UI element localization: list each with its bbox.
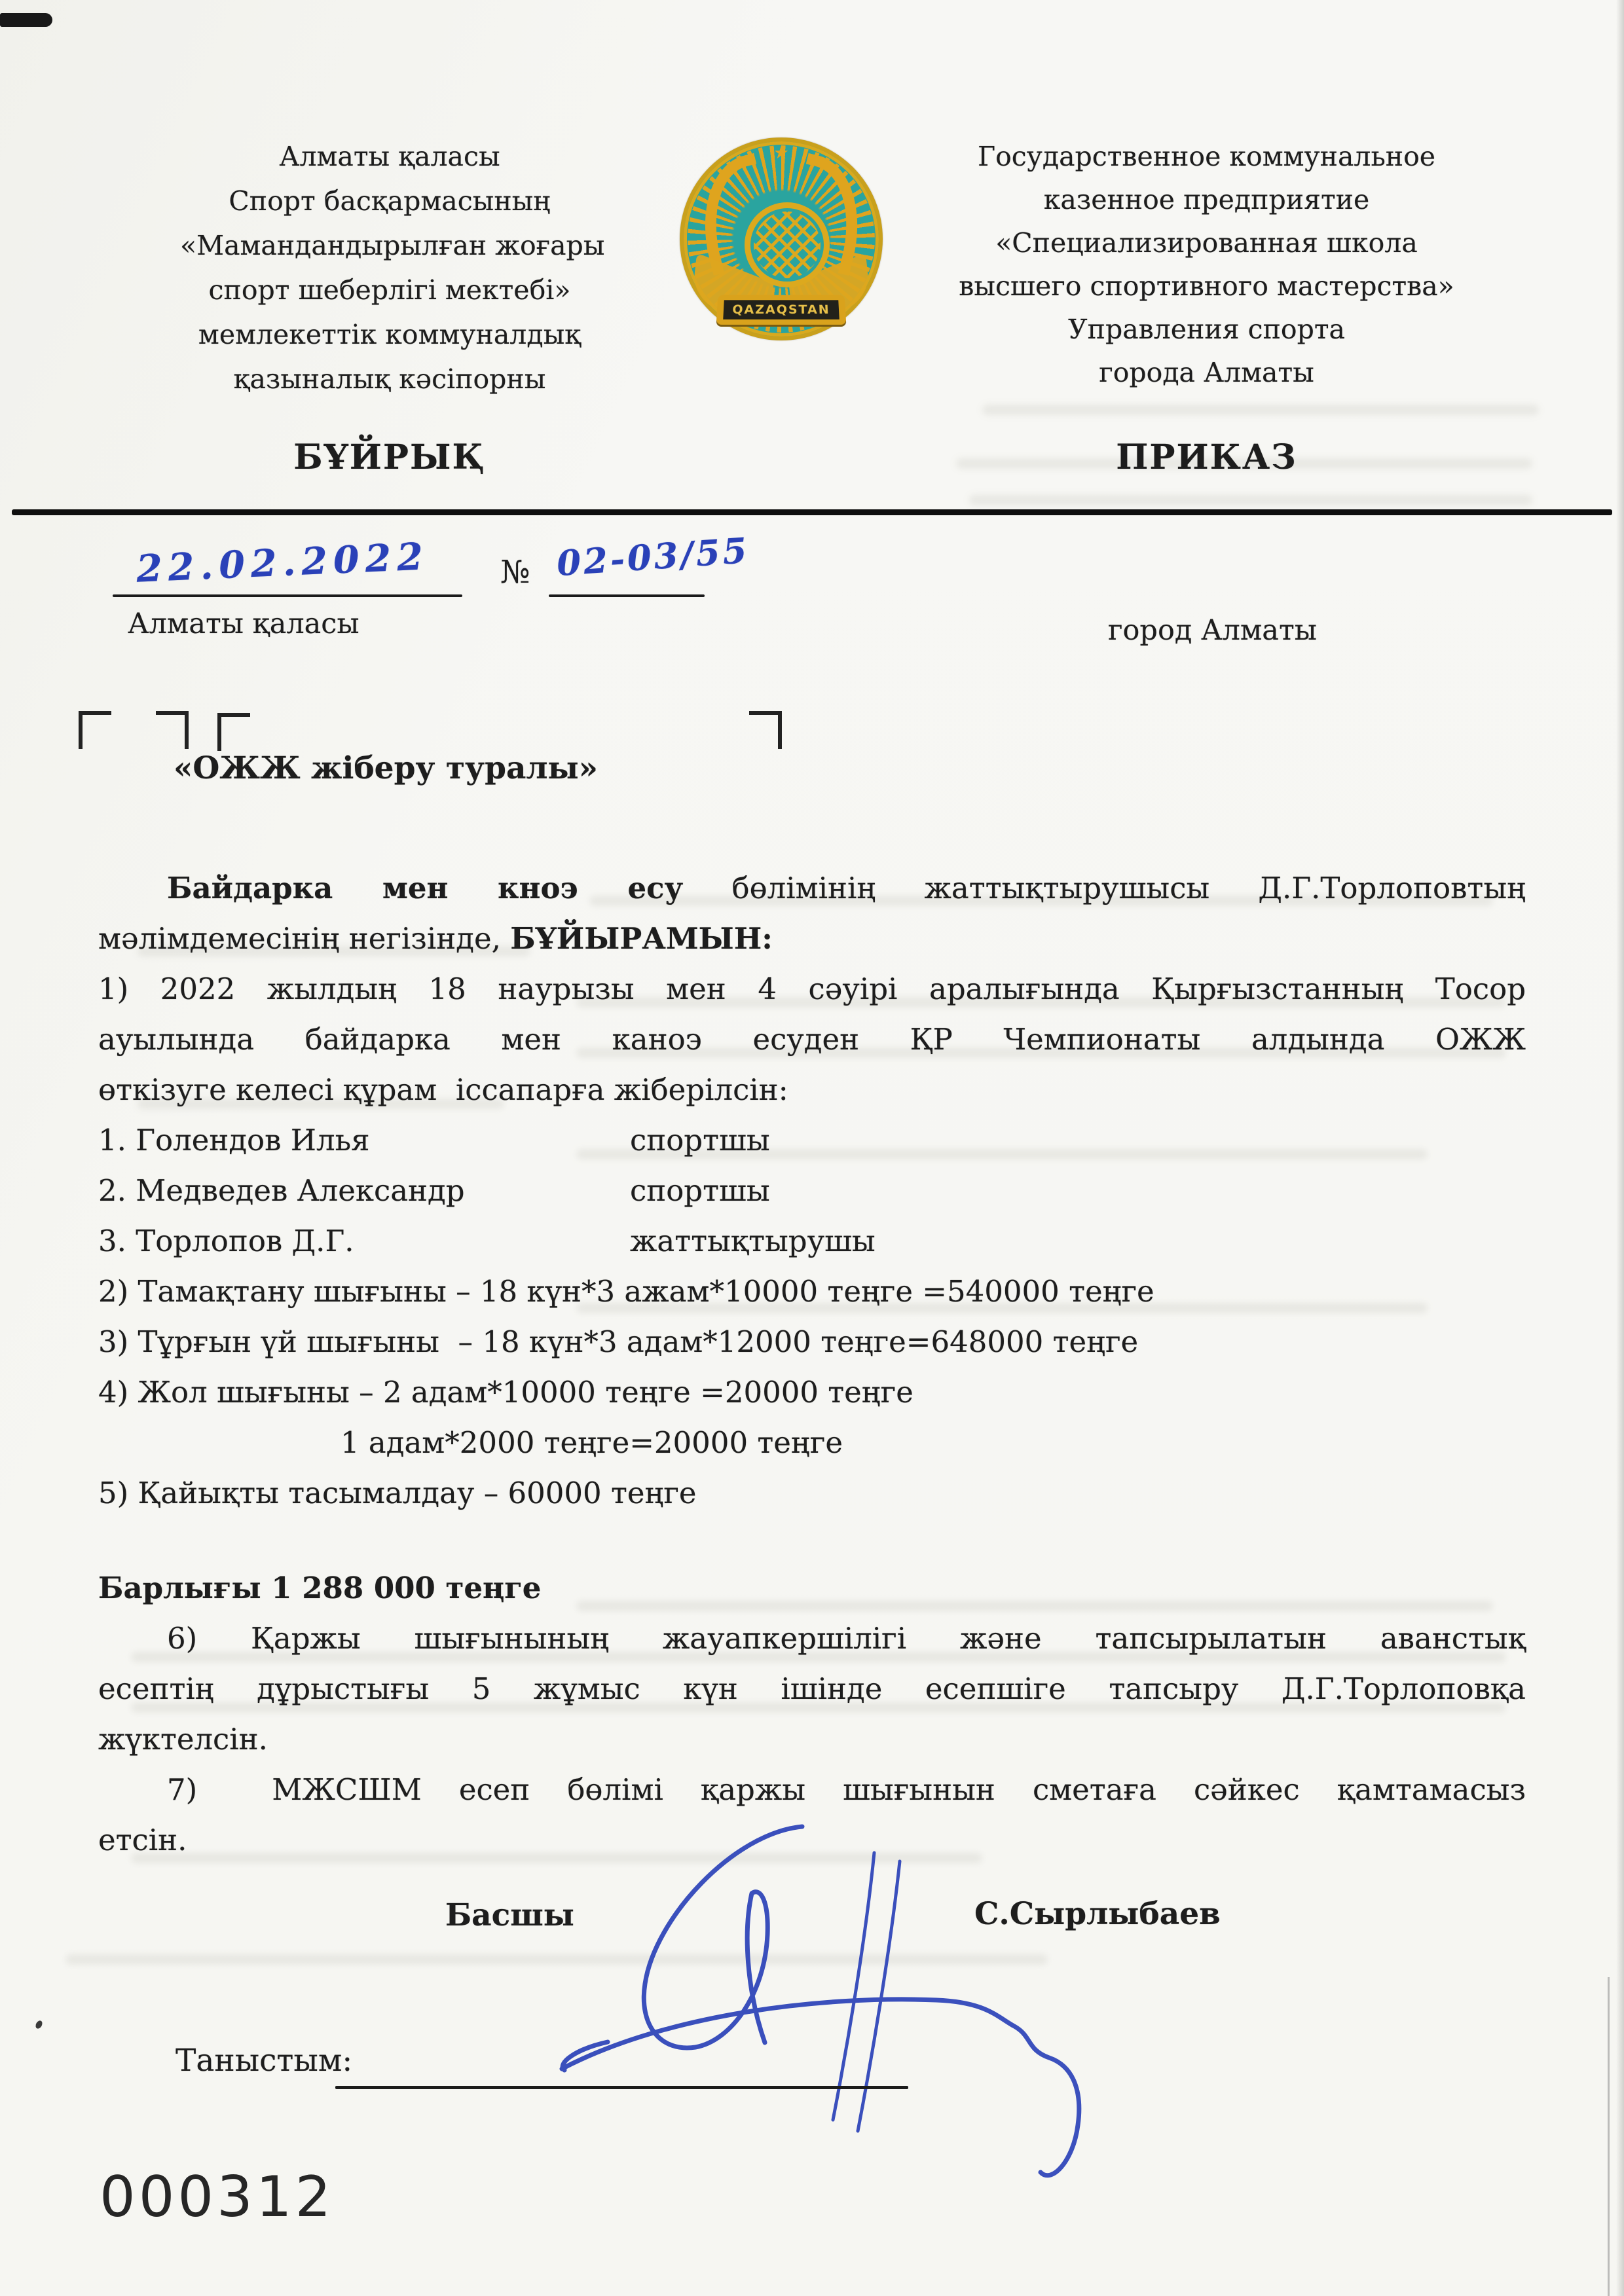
tape-mark-artifact — [0, 13, 52, 27]
order-title-kazakh: БҰЙРЫҚ — [180, 437, 599, 477]
roster-name: 3. Торлопов Д.Г. — [98, 1216, 630, 1266]
org-line: «Специализированная школа — [927, 221, 1486, 264]
org-line: «Мамандандырылған жоғары — [180, 223, 599, 268]
org-line: спорт шеберлігі мектебі» — [180, 268, 599, 312]
ink-dot-artifact — [34, 2020, 43, 2030]
signer-name: С.Сырлыбаев — [974, 1896, 1221, 1932]
org-line: Алматы қаласы — [180, 134, 599, 179]
corner-mark — [217, 713, 250, 751]
city-kazakh: Алматы қаласы — [128, 608, 360, 640]
body-line: етсін. — [98, 1815, 1526, 1865]
roster-name: 1. Голендов Илья — [98, 1115, 630, 1165]
bleed-through-artifact — [969, 495, 1532, 505]
date-underline — [113, 594, 462, 597]
body-line: есептің дұрыстығы 5 жұмыс күн ішінде есе… — [98, 1664, 1526, 1714]
star-icon — [773, 143, 789, 163]
body-line: 1 адам*2000 теңге=20000 теңге — [98, 1417, 1526, 1468]
roster-role: спортшы — [630, 1115, 1526, 1165]
bleed-through-artifact — [65, 1954, 1048, 1965]
document-page: Алматы қаласы Спорт басқармасының «Маман… — [0, 0, 1624, 2296]
org-line: мемлекеттік коммуналдық — [180, 312, 599, 357]
emblem-lattice — [754, 211, 821, 278]
total-line: Барлығы 1 288 000 теңге — [98, 1563, 1526, 1613]
org-line: Спорт басқармасының — [180, 179, 599, 223]
number-underline — [549, 594, 705, 597]
spacer — [98, 1518, 1526, 1563]
bleed-through-artifact — [982, 405, 1539, 415]
roster-name: 2. Медведев Александр — [98, 1165, 630, 1216]
acknowledgement-label: Таныстым: — [175, 2043, 352, 2079]
corner-mark — [156, 711, 189, 749]
acknowledgement-underline — [335, 2086, 908, 2089]
kazakhstan-coat-of-arms: QAZAQSTAN — [680, 137, 883, 340]
scan-edge-shadow — [1616, 0, 1624, 2296]
org-name-russian: Государственное коммунальное казенное пр… — [927, 135, 1486, 394]
body-line: 2) Тамақтану шығыны – 18 күн*3 ажам*1000… — [98, 1266, 1526, 1317]
body-line: жүктелсін. — [98, 1714, 1526, 1764]
body-line: 5) Қайықты тасымалдау – 60000 теңге — [98, 1468, 1526, 1518]
order-subject: «ОЖЖ жіберу туралы» — [174, 750, 598, 786]
corner-mark — [749, 711, 782, 749]
roster-row: 1. Голендов Ильяспортшы — [98, 1115, 1526, 1165]
number-sign: № — [500, 554, 530, 591]
signer-position: Басшы — [445, 1897, 574, 1933]
scan-edge-line — [1608, 1977, 1610, 2296]
emblem-banner: QAZAQSTAN — [716, 295, 847, 325]
body-line: 4) Жол шығыны – 2 адам*10000 теңге =2000… — [98, 1367, 1526, 1417]
roster-role: жаттықтырушы — [630, 1216, 1526, 1266]
city-russian: город Алматы — [1108, 614, 1317, 647]
org-line: қазыналық кәсіпорны — [180, 357, 599, 401]
org-line: Государственное коммунальное — [927, 135, 1486, 178]
org-line: казенное предприятие — [927, 178, 1486, 221]
org-name-kazakh: Алматы қаласы Спорт басқармасының «Маман… — [180, 134, 599, 401]
roster-role: спортшы — [630, 1165, 1526, 1216]
body-line: 3) Тұрғын үй шығыны – 18 күн*3 адам*1200… — [98, 1317, 1526, 1367]
handwritten-date: 22.02.2022 — [136, 534, 430, 591]
order-title-russian: ПРИКАЗ — [927, 437, 1486, 477]
body-line: 7) МЖСШМ есеп бөлімі қаржы шығынын смета… — [98, 1764, 1526, 1815]
body-line: мәлімдемесінің негізінде, БҰЙЫРАМЫН: — [98, 913, 1526, 964]
org-line: высшего спортивного мастерства» — [927, 264, 1486, 308]
body-line: 6) Қаржы шығынының жауапкершілігі және т… — [98, 1613, 1526, 1664]
body-segment: мәлімдемесінің негізінде, — [98, 921, 510, 956]
body-line: 1) 2022 жылдың 18 наурызы мен 4 сәуірі а… — [98, 964, 1526, 1014]
roster-row: 2. Медведев Александрспортшы — [98, 1165, 1526, 1216]
org-line: Управления спорта — [927, 308, 1486, 351]
emblem-caption: QAZAQSTAN — [723, 300, 840, 319]
body-bold-segment: Байдарка мен кноэ есу — [167, 871, 683, 905]
order-body: Байдарка мен кноэ есу бөлімінің жаттықты… — [98, 863, 1526, 1865]
horizontal-rule — [12, 509, 1612, 515]
document-stamp-number: 000312 — [100, 2164, 334, 2230]
body-line: ауылында байдарка мен каноэ есуден ҚР Че… — [98, 1014, 1526, 1065]
body-bold-segment: БҰЙЫРАМЫН: — [510, 921, 773, 956]
roster-row: 3. Торлопов Д.Г.жаттықтырушы — [98, 1216, 1526, 1266]
corner-mark — [79, 711, 111, 749]
body-segment: бөлімінің жаттықтырушысы Д.Г.Торлоповтың — [683, 871, 1526, 905]
emblem-shanyrak — [745, 202, 830, 287]
org-line: города Алматы — [927, 351, 1486, 394]
body-line: Байдарка мен кноэ есу бөлімінің жаттықты… — [98, 863, 1526, 913]
handwritten-order-number: 02-03/55 — [555, 530, 750, 584]
body-line: өткізуге келесі құрам іссапарға жіберілс… — [98, 1065, 1526, 1115]
